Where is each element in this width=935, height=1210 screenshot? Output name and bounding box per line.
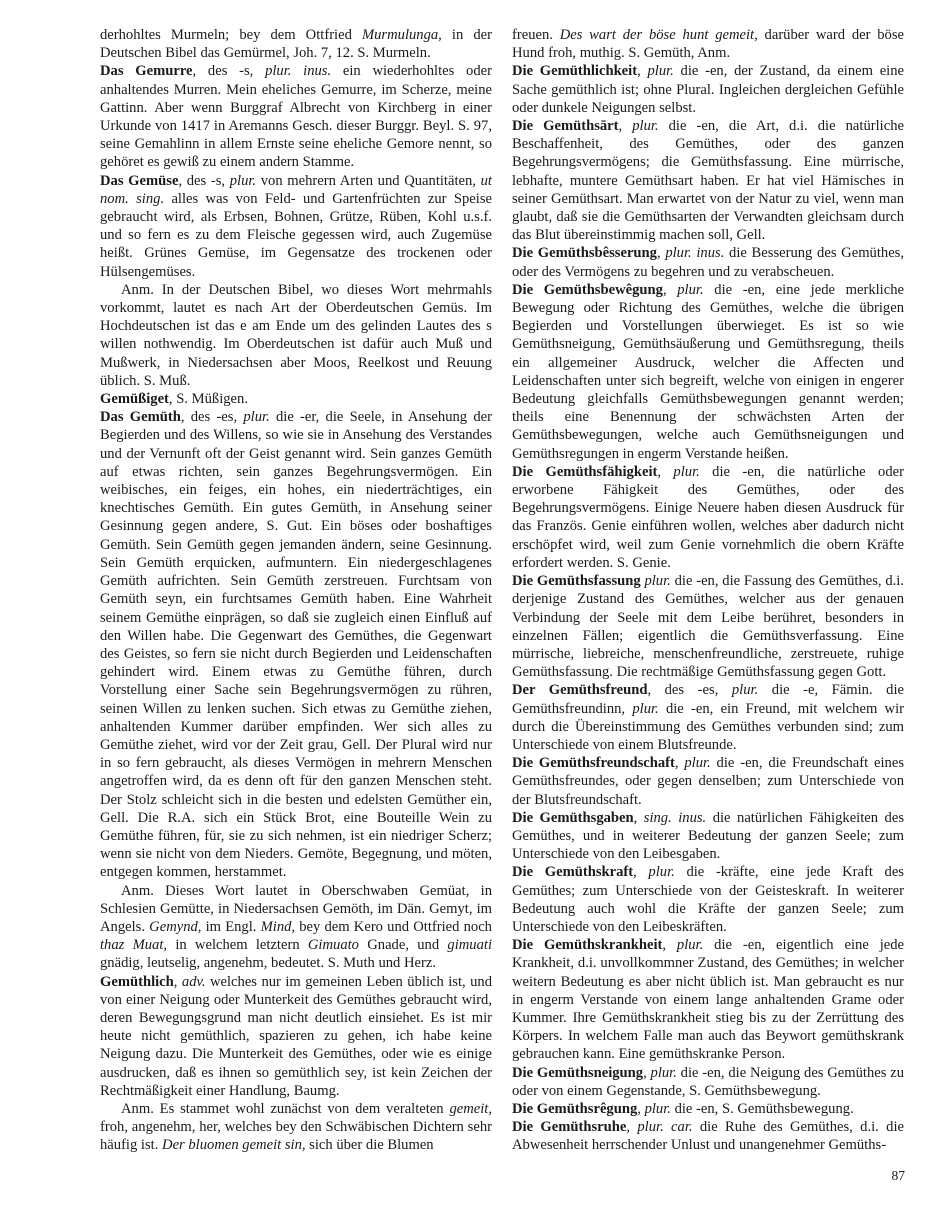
text-run: thaz Muat, [100,937,167,953]
text-run: gimuati [447,937,492,953]
entry-die-gemuethsfassung: Die Gemüthsfassung plur. die -en, die Fa… [512,572,904,681]
entry-gemurmel-continuation: derhohltes Murmeln; bey dem Ottfried Mur… [100,26,492,62]
text-columns: derhohltes Murmeln; bey dem Ottfried Mur… [100,26,905,1155]
text-run: plur. [732,682,758,698]
text-run: bey dem Kero und Ottfried noch [295,919,492,935]
text-run: gnädig, leutselig, angenehm, bedeutet. S… [100,955,436,971]
entry-das-gemueth: Das Gemüth, des -es, plur. die -er, die … [100,408,492,881]
headword: Gemüthlich [100,974,174,990]
text-run: , [675,755,684,771]
text-run: , [633,864,648,880]
entry-gemuessiget: Gemüßiget, S. Müßigen. [100,390,492,408]
text-run: , [626,1119,637,1135]
headword: Die Gemüthsbêsserung [512,245,657,261]
headword: Die Gemüthsfreundschaft [512,755,675,771]
entry-die-gemuethsruhe: Die Gemüthsruhe, plur. car. die Ruhe des… [512,1118,904,1154]
entry-die-gemuethlichkeit: Die Gemüthlichkeit, plur. die -en, der Z… [512,62,904,117]
headword: Die Gemüthsārt [512,118,619,134]
entry-die-gemuethskraft: Die Gemüthskraft, plur. die -kräfte, ein… [512,863,904,936]
text-run: die -en, die Art, d.i. die natürliche Be… [512,118,904,243]
text-run: sich über die Blumen [306,1137,434,1153]
text-run: die -en, eigentlich eine jede Krankheit,… [512,937,904,1062]
text-run: plur. [632,701,658,717]
entry-das-gemuese: Das Gemüse, des -s, plur. von mehrern Ar… [100,172,492,281]
text-run: , [637,63,647,79]
entry-der-gemuethsfreund: Der Gemüthsfreund, des -es, plur. die -e… [512,681,904,754]
entry-die-gemuethsbesserung: Die Gemüthsbêsserung, plur. inus. die Be… [512,244,904,280]
text-run: Anm. In der Deutschen Bibel, wo dieses W… [100,282,492,389]
text-run: welches nur im gemeinen Leben üblich ist… [100,974,492,1099]
text-run: , [643,1065,650,1081]
text-run: , des -s, [193,63,266,79]
text-run: plur. [243,409,269,425]
text-run: , S. Müßigen. [169,391,248,407]
text-run: in welchem letztern [167,937,308,953]
entry-die-gemuethsregung: Die Gemüthsrêgung, plur. die -en, S. Gem… [512,1100,904,1118]
text-run: plur. [684,755,710,771]
text-run: freuen. [512,27,560,43]
text-run: , [663,282,677,298]
text-run: plur. inus. [265,63,331,79]
text-run: , [662,937,677,953]
entry-die-gemuethsfaehigkeit: Die Gemüthsfähigkeit, plur. die -en, die… [512,463,904,572]
headword: Der Gemüthsfreund [512,682,647,698]
text-run: , [637,1101,644,1117]
text-run: plur. [677,937,703,953]
entry-die-gemuethsart: Die Gemüthsārt, plur. die -en, die Art, … [512,117,904,244]
page-number: 87 [892,1168,906,1184]
text-run: Gimuato [308,937,359,953]
headword: Die Gemüthskrankheit [512,937,662,953]
text-run: , des -s, [178,173,229,189]
text-run: von mehrern Arten und Quantitäten, [256,173,481,189]
text-run: plur. [632,118,658,134]
headword: Das Gemüth [100,409,181,425]
headword: Das Gemurre [100,63,193,79]
text-run: , [619,118,633,134]
headword: Die Gemüthsruhe [512,1119,626,1135]
text-run: plur. [677,282,703,298]
text-run: plur. [645,1101,671,1117]
entry-die-gemuethsbewegung: Die Gemüthsbewêgung, plur. die -en, eine… [512,281,904,463]
text-run: Anm. Es stammet wohl zunächst von dem ve… [121,1101,449,1117]
text-run: Gemynd, [149,919,201,935]
headword: Die Gemüthsbewêgung [512,282,663,298]
text-run: Des wart der böse hunt gemeit, [560,27,758,43]
left-column: derhohltes Murmeln; bey dem Ottfried Mur… [100,26,492,1155]
text-run: plur. [230,173,256,189]
anm-gemuese: Anm. In der Deutschen Bibel, wo dieses W… [100,281,492,390]
text-run: plur. [673,464,699,480]
entry-die-gemuethsgaben: Die Gemüthsgaben, sing. inus. die natürl… [512,809,904,864]
text-run: plur. [651,1065,677,1081]
text-run: , [657,464,673,480]
headword: Die Gemüthsneigung [512,1065,643,1081]
entry-das-gemurre: Das Gemurre, des -s, plur. inus. ein wie… [100,62,492,171]
entry-gemuethlich: Gemüthlich, adv. welches nur im gemeinen… [100,973,492,1100]
text-run: plur. [644,573,670,589]
text-run: die -en, eine jede merkliche Bewegung od… [512,282,904,462]
right-column: freuen. Des wart der böse hunt gemeit, d… [512,26,904,1155]
text-run: plur. [648,864,674,880]
text-run: ein wiederhohltes oder anhaltendes Murre… [100,63,492,170]
text-run: Gnade, und [359,937,447,953]
text-run: , [634,810,644,826]
entry-die-gemuethsneigung: Die Gemüthsneigung, plur. die -en, die N… [512,1064,904,1100]
text-run: , des -es, [647,682,731,698]
text-run: Murmulunga, [362,27,442,43]
text-run: , des -es, [181,409,244,425]
text-run: im Engl. [201,919,260,935]
text-run: sing. inus. [644,810,706,826]
text-run: plur. inus. [665,245,724,261]
text-run: derhohltes Murmeln; bey dem Ottfried [100,27,362,43]
dictionary-page-scan: derhohltes Murmeln; bey dem Ottfried Mur… [0,0,935,1210]
anm-gemuethlich: Anm. Es stammet wohl zunächst von dem ve… [100,1100,492,1155]
headword: Die Gemüthlichkeit [512,63,637,79]
headword: Die Gemüthsfähigkeit [512,464,657,480]
text-run: die -er, die Seele, in Ansehung der Begi… [100,409,492,880]
text-run: adv. [182,974,206,990]
text-run: Mind, [261,919,295,935]
headword: Die Gemüthsgaben [512,810,634,826]
headword: Gemüßiget [100,391,169,407]
text-run: plur. car. [637,1119,692,1135]
text-run: die -en, S. Gemüthsbewegung. [671,1101,854,1117]
text-run: , [174,974,182,990]
entry-die-gemuethsfreundschaft: Die Gemüthsfreundschaft, plur. die -en, … [512,754,904,809]
headword: Die Gemüthsfassung [512,573,641,589]
text-run: die -en, die Fassung des Gemüthes, d.i. … [512,573,904,680]
headword: Die Gemüthsrêgung [512,1101,637,1117]
anm-gemueth: Anm. Dieses Wort lautet in Oberschwaben … [100,882,492,973]
headword: Die Gemüthskraft [512,864,633,880]
entry-die-gemuethskrankheit: Die Gemüthskrankheit, plur. die -en, eig… [512,936,904,1063]
text-run: plur. [647,63,673,79]
text-run: Der bluomen gemeit sin, [162,1137,305,1153]
text-run: gemeit, [449,1101,492,1117]
headword: Das Gemüse [100,173,178,189]
entry-gemuethlich-continuation: freuen. Des wart der böse hunt gemeit, d… [512,26,904,62]
